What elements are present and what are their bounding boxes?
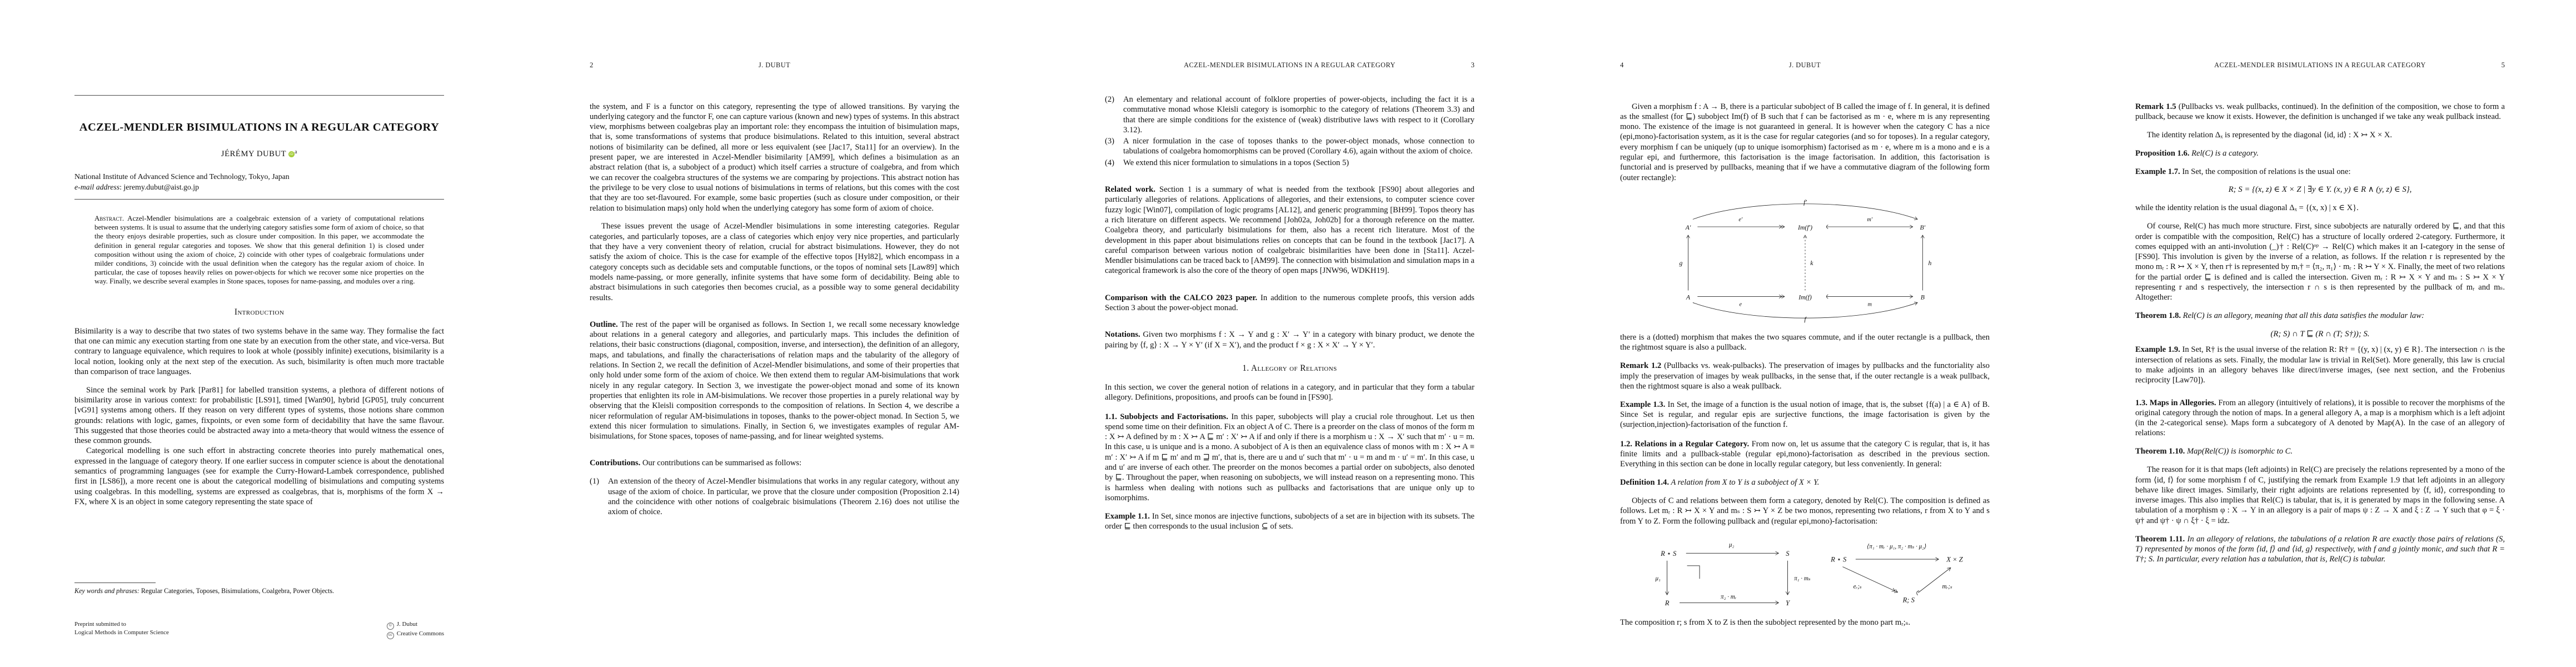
image-factorisation-diagram: A′ Im(f′) B′ e′ m′ f′ g k h A Im(f) B e [1641,191,1969,325]
theorem-1-8-label: Theorem 1.8. [2135,311,2181,320]
contributions-paragraph: Contributions. Our contributions can be … [590,458,959,468]
affiliation: National Institute of Advanced Science a… [74,172,444,181]
label-mu2: μ₂ [1728,541,1735,548]
item-text: An elementary and relational account of … [1123,95,1474,135]
paragraph: Objects of C and relations between them … [1620,496,1990,526]
label-g: g [1679,260,1682,267]
node-X-times-Z: X × Z [1946,555,1963,563]
node-Im-f: Im(f) [1798,293,1812,301]
related-work-paragraph: Related work. Section 1 is a summary of … [1105,185,1474,276]
remark-1-2: Remark 1.2 (Pullbacks vs. weak-pulbacks)… [1620,361,1990,391]
label-e-prime: e′ [1738,216,1743,222]
item-number: (3) [1105,136,1114,146]
theorem-1-10-text: Map(Rel(C)) is isomorphic to C. [2185,447,2293,456]
outline-label: Outline. [590,320,618,329]
item-number: (1) [590,476,599,486]
related-work-text: Section 1 is a summary of what is needed… [1105,185,1474,275]
paragraph: Bisimilarity is a way to describe that t… [74,326,444,377]
page-number: 2 [590,61,593,69]
subsection-1-1-text: In this paper, subobjects will play a cr… [1105,412,1474,502]
outline-text: The rest of the paper will be organised … [590,320,959,441]
page-number: 5 [2502,61,2505,69]
item-text: An extension of the theory of Aczel-Mend… [608,477,959,516]
page-2-column: the system, and F is a functor on this c… [590,93,959,517]
notations-text: Given two morphisms f : X → Y and g : X′… [1105,330,1474,349]
node-R-star-S-2: R ⋆ S [1830,555,1847,563]
calco-paragraph: Comparison with the CALCO 2023 paper. In… [1105,293,1474,313]
node-R: R [1665,599,1670,606]
footnote-rule [74,583,156,583]
page-3: ACZEL-MENDLER BISIMULATIONS IN A REGULAR… [1030,0,1546,667]
footer-cc-line: ccCreative Commons [387,630,444,639]
page-5-column: Remark 1.5 (Pullbacks vs. weak pullbacks… [2135,93,2505,573]
page-5: ACZEL-MENDLER BISIMULATIONS IN A REGULAR… [2061,0,2576,667]
label-e-rs: eᵣ;ₛ [1853,583,1862,590]
item-number: (2) [1105,94,1114,104]
author-footnote-mark: a [295,149,297,155]
example-1-1-label: Example 1.1. [1105,512,1150,521]
label-pi1-ms: π₁ · mₛ [1794,575,1811,581]
footer-left: Preprint submitted to Logical Methods in… [74,620,169,637]
email-label: e-mail address [74,183,119,191]
definition-1-4-label: Definition 1.4. [1620,478,1669,487]
screenshot-root: { "arxiv": { "stamp": "arXiv:2303.04442v… [0,0,2576,667]
label-m-prime: m′ [1867,216,1872,222]
label-pairing: ⟨π₁ · mᵣ · μ₁, π₂ · mₛ · μ₂⟩ [1867,543,1926,550]
email-value: : jeremy.dubut@aist.go.jp [119,183,199,191]
subsection-1-1-label: 1.1. Subobjects and Factorisations. [1105,412,1228,421]
remark-1-2-paren: (Pullbacks vs. weak-pulbacks). [1661,361,1766,370]
footer-left-line1: Preprint submitted to [74,620,169,629]
abstract: Abstract. Aczel-Mendler bisimulations ar… [94,214,424,286]
label-k: k [1810,260,1813,267]
email-line: e-mail address: jeremy.dubut@aist.go.jp [74,183,444,192]
page-4: 4 J. DUBUT Given a morphism f : A → B, t… [1546,0,2061,667]
page-3-header: ACZEL-MENDLER BISIMULATIONS IN A REGULAR… [1105,61,1474,69]
author-name: JÉRÉMY DUBUT [221,150,286,158]
proposition-1-6-label: Proposition 1.6. [2135,149,2189,158]
example-1-9-text: In Set, R† is the usual inverse of the r… [2135,345,2505,385]
running-head: J. DUBUT [1789,61,1821,69]
section-1-heading: 1. Allegory of Relations [1105,364,1474,374]
creative-commons-icon: cc [387,632,394,639]
theorem-1-11-label: Theorem 1.11. [2135,535,2185,544]
notations-paragraph: Notations. Given two morphisms f : X → Y… [1105,330,1474,350]
page-number: 3 [1471,61,1474,69]
example-1-1: Example 1.1. In Set, since monos are inj… [1105,511,1474,532]
label-pi2-mr: π₂ · mᵣ [1721,594,1737,600]
keywords-label: Key words and phrases: [74,587,139,595]
calco-label: Comparison with the CALCO 2023 paper. [1105,293,1257,302]
running-head: ACZEL-MENDLER BISIMULATIONS IN A REGULAR… [2214,61,2426,69]
footer-right: ©J. Dubut ccCreative Commons [387,620,444,639]
remark-1-2-label: Remark 1.2 [1620,361,1661,370]
theorem-1-8: Theorem 1.8. Rel(C) is an allegory, mean… [2135,311,2505,321]
proposition-1-6-text: Rel(C) is a category. [2189,149,2258,158]
display-math: (R; S) ∩ T ⊑ (R ∩ (T; S†)); S. [2135,329,2505,339]
page-2: 2 J. DUBUT the system, and F is a functo… [515,0,1030,667]
running-head: J. DUBUT [759,61,790,69]
footer-left-line2: Logical Methods in Computer Science [74,629,169,637]
theorem-1-10-label: Theorem 1.10. [2135,447,2185,456]
page-5-header: ACZEL-MENDLER BISIMULATIONS IN A REGULAR… [2135,61,2505,69]
example-1-7-text: In Set, the composition of relations is … [2180,167,2351,176]
label-m-rs: mᵣ;ₛ [1942,583,1952,590]
page-1-column: ACZEL-MENDLER BISIMULATIONS IN A REGULAR… [74,0,444,507]
label-f-prime: f′ [1803,198,1807,206]
paragraph: The composition r; s from X to Z is then… [1620,618,1990,628]
running-head: ACZEL-MENDLER BISIMULATIONS IN A REGULAR… [1184,61,1396,69]
item-number: (4) [1105,158,1114,168]
list-item: (3) A nicer formulation in the case of t… [1105,136,1474,157]
theorem-1-8-text: Rel(C) is an allegory, meaning that all … [2181,311,2424,320]
item-text: A nicer formulation in the case of topos… [1123,137,1474,156]
label-h: h [1928,260,1931,267]
node-Im-f-prime: Im(f′) [1797,224,1812,231]
page-3-column: (2) An elementary and relational account… [1105,93,1474,540]
footer-cc-label: Creative Commons [397,630,444,637]
subsection-1-3: 1.3. Maps in Allegories. From an allegor… [2135,398,2505,439]
page-number: 4 [1620,61,1623,69]
theorem-1-11: Theorem 1.11. In an allegory of relation… [2135,534,2505,565]
page-4-column: Given a morphism f : A → B, there is a p… [1620,93,1990,636]
label-mu1: μ₁ [1655,575,1661,581]
node-Y: Y [1786,599,1791,606]
list-item: (2) An elementary and relational account… [1105,94,1474,135]
paragraph: The identity relation Δₓ is represented … [2135,130,2505,140]
list-item: (1) An extension of the theory of Aczel-… [590,476,959,517]
title-rule-bottom [74,199,444,200]
paragraph: Since the seminal work by Park [Par81] f… [74,385,444,446]
example-1-7: Example 1.7. In Set, the composition of … [2135,167,2505,177]
paragraph: while the identity relation is the usual… [2135,203,2505,213]
theorem-1-11-text: In an allegory of relations, the tabulat… [2135,535,2505,564]
definition-1-4-text: A relation from X to Y is a subobject of… [1669,478,1819,487]
example-1-1-text: In Set, since monos are injective functi… [1105,512,1474,531]
footer-copyright-line: ©J. Dubut [387,620,444,630]
footer-author: J. Dubut [397,621,417,628]
node-B-prime: B′ [1920,224,1925,231]
related-work-label: Related work. [1105,185,1155,194]
subsection-1-2-label: 1.2. Relations in a Regular Category. [1620,440,1749,449]
remark-1-5: Remark 1.5 (Pullbacks vs. weak pullbacks… [2135,102,2505,122]
orcid-icon: iD [288,151,295,157]
node-R-star-S: R ⋆ S [1660,549,1677,557]
paragraph: Given a morphism f : A → B, there is a p… [1620,102,1990,183]
page-2-header: 2 J. DUBUT [590,61,959,69]
list-item: (4) We extend this nicer formulation to … [1105,158,1474,168]
node-A: A [1685,293,1690,301]
abstract-text: Aczel-Mendler bisimulations are a coalge… [94,215,424,285]
example-1-3-text: In Set, the image of a function is the u… [1620,400,1990,430]
remark-1-5-label: Remark 1.5 [2135,102,2176,111]
subsection-1-2: 1.2. Relations in a Regular Category. Fr… [1620,439,1990,470]
arrow-f-prime-arc [1692,203,1917,219]
example-1-9-label: Example 1.9. [2135,345,2180,354]
subsection-1-3-label: 1.3. Maps in Allegories. [2135,399,2216,407]
node-B: B [1920,293,1924,301]
item-text: We extend this nicer formulation to simu… [1123,158,1349,167]
author-line: JÉRÉMY DUBUTiDa [74,149,444,159]
mono-tail [1917,590,1919,595]
abstract-label: Abstract. [94,215,124,222]
definition-1-4: Definition 1.4. A relation from X to Y i… [1620,477,1990,487]
label-e: e [1739,301,1742,307]
section-heading-introduction: Introduction [74,307,444,317]
subsection-1-1: 1.1. Subobjects and Factorisations. In t… [1105,412,1474,504]
keywords-text: Regular Categories, Toposes, Bisimulatio… [139,587,334,595]
example-1-7-label: Example 1.7. [2135,167,2180,176]
proposition-1-6: Proposition 1.6. Rel(C) is a category. [2135,148,2505,158]
contributions-label: Contributions. [590,459,640,467]
example-1-3-label: Example 1.3. [1620,400,1665,409]
node-A-prime: A′ [1685,224,1691,231]
title-rule-top [74,95,444,96]
contributions-text: Our contributions can be summarised as f… [640,459,801,467]
paragraph: the system, and F is a functor on this c… [590,102,959,213]
example-1-9: Example 1.9. In Set, R† is the usual inv… [2135,345,2505,385]
composition-diagram: R ⋆ S S R Y μ₂ μ₁ π₁ · mₛ π₂ · mᵣ R ⋆ S … [1620,535,1990,610]
copyright-icon: © [387,623,394,630]
theorem-1-10: Theorem 1.10. Map(Rel(C)) is isomorphic … [2135,446,2505,456]
paragraph: there is a (dotted) morphism that makes … [1620,332,1990,353]
footnote-block: Key words and phrases: Regular Categorie… [74,583,444,595]
label-f: f [1804,316,1807,323]
remark-1-5-paren: (Pullbacks vs. weak pullbacks, continued… [2176,102,2319,111]
paragraph: These issues prevent the usage of Aczel-… [590,221,959,302]
display-math: R; S = {(x, z) ∈ X × Z | ∃y ∈ Y. (x, y) … [2135,185,2505,195]
arrow-e-rs [1842,566,1897,592]
example-1-3: Example 1.3. In Set, the image of a func… [1620,400,1990,430]
paragraph: Of course, Rel(C) has much more structur… [2135,221,2505,302]
page-1: ACZEL-MENDLER BISIMULATIONS IN A REGULAR… [0,0,515,667]
pullback-corner-mark [1687,565,1700,578]
page-footer: Preprint submitted to Logical Methods in… [74,620,444,639]
outline-paragraph: Outline. The rest of the paper will be o… [590,320,959,442]
paragraph: In this section, we cover the general no… [1105,382,1474,403]
label-m: m [1867,301,1872,307]
paragraph: The reason for it is that maps (left adj… [2135,465,2505,526]
node-S: S [1786,549,1790,557]
node-R-semicolon-S: R; S [1902,596,1915,604]
paper-title: ACZEL-MENDLER BISIMULATIONS IN A REGULAR… [74,121,444,134]
page-4-header: 4 J. DUBUT [1620,61,1990,69]
notations-label: Notations. [1105,330,1140,339]
paragraph: Categorical modelling is one such effort… [74,446,444,507]
